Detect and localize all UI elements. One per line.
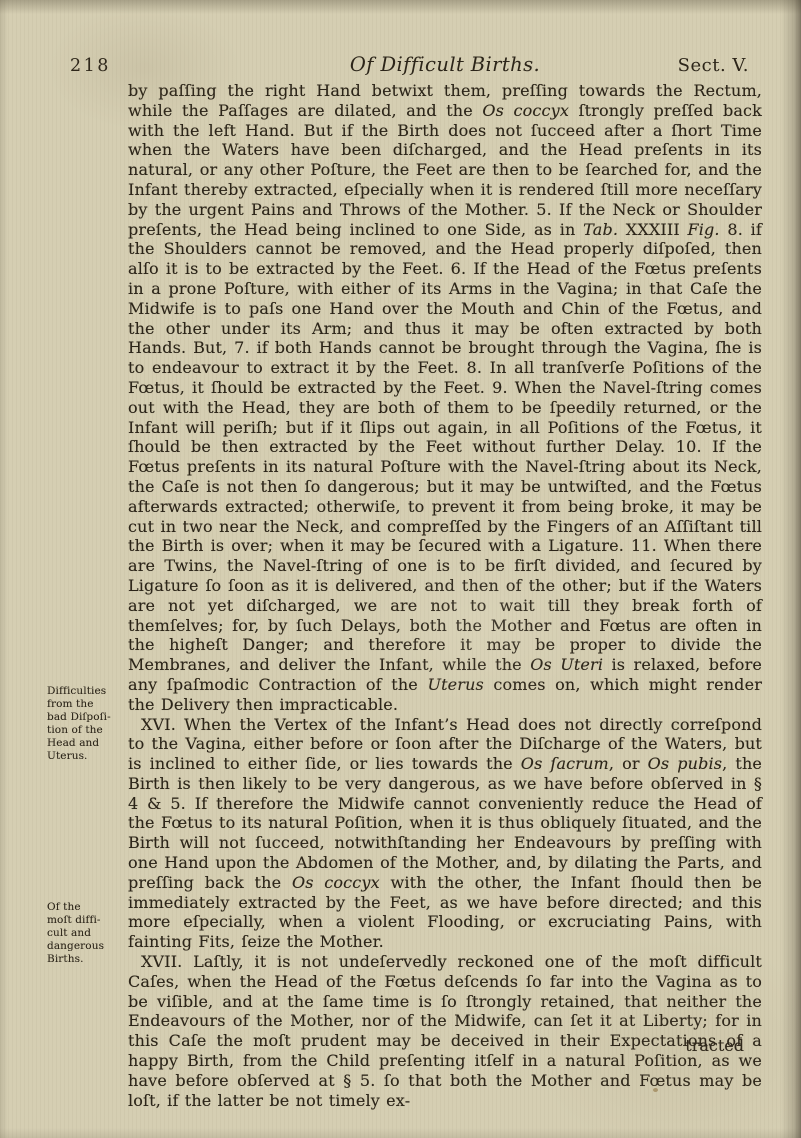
catchword: tracted (685, 1036, 744, 1055)
body-paragraph-xvi: XVI. When the Vertex of the Infant’s Hea… (128, 715, 762, 953)
body-paragraph-xvii: XVII. Laſtly, it is not undeſervedly rec… (128, 952, 762, 1110)
margin-note-difficulties: Difficultiesfrom thebad Diſpoſi-tion of … (47, 685, 121, 762)
page-number: 218 (70, 56, 111, 76)
body-text-block: by paſſing the right Hand betwixt them, … (128, 81, 762, 1110)
paper-speck (653, 1088, 658, 1092)
body-paragraph-continuation: by paſſing the right Hand betwixt them, … (128, 81, 762, 715)
margin-note-difficult-births: Of themoſt diffi-cult anddangerousBirths… (47, 901, 121, 966)
section-label: Sect. V. (678, 55, 749, 76)
running-title: Of Difficult Births. (128, 53, 762, 76)
book-page: 218 Of Difficult Births. Sect. V. by paſ… (0, 0, 801, 1138)
